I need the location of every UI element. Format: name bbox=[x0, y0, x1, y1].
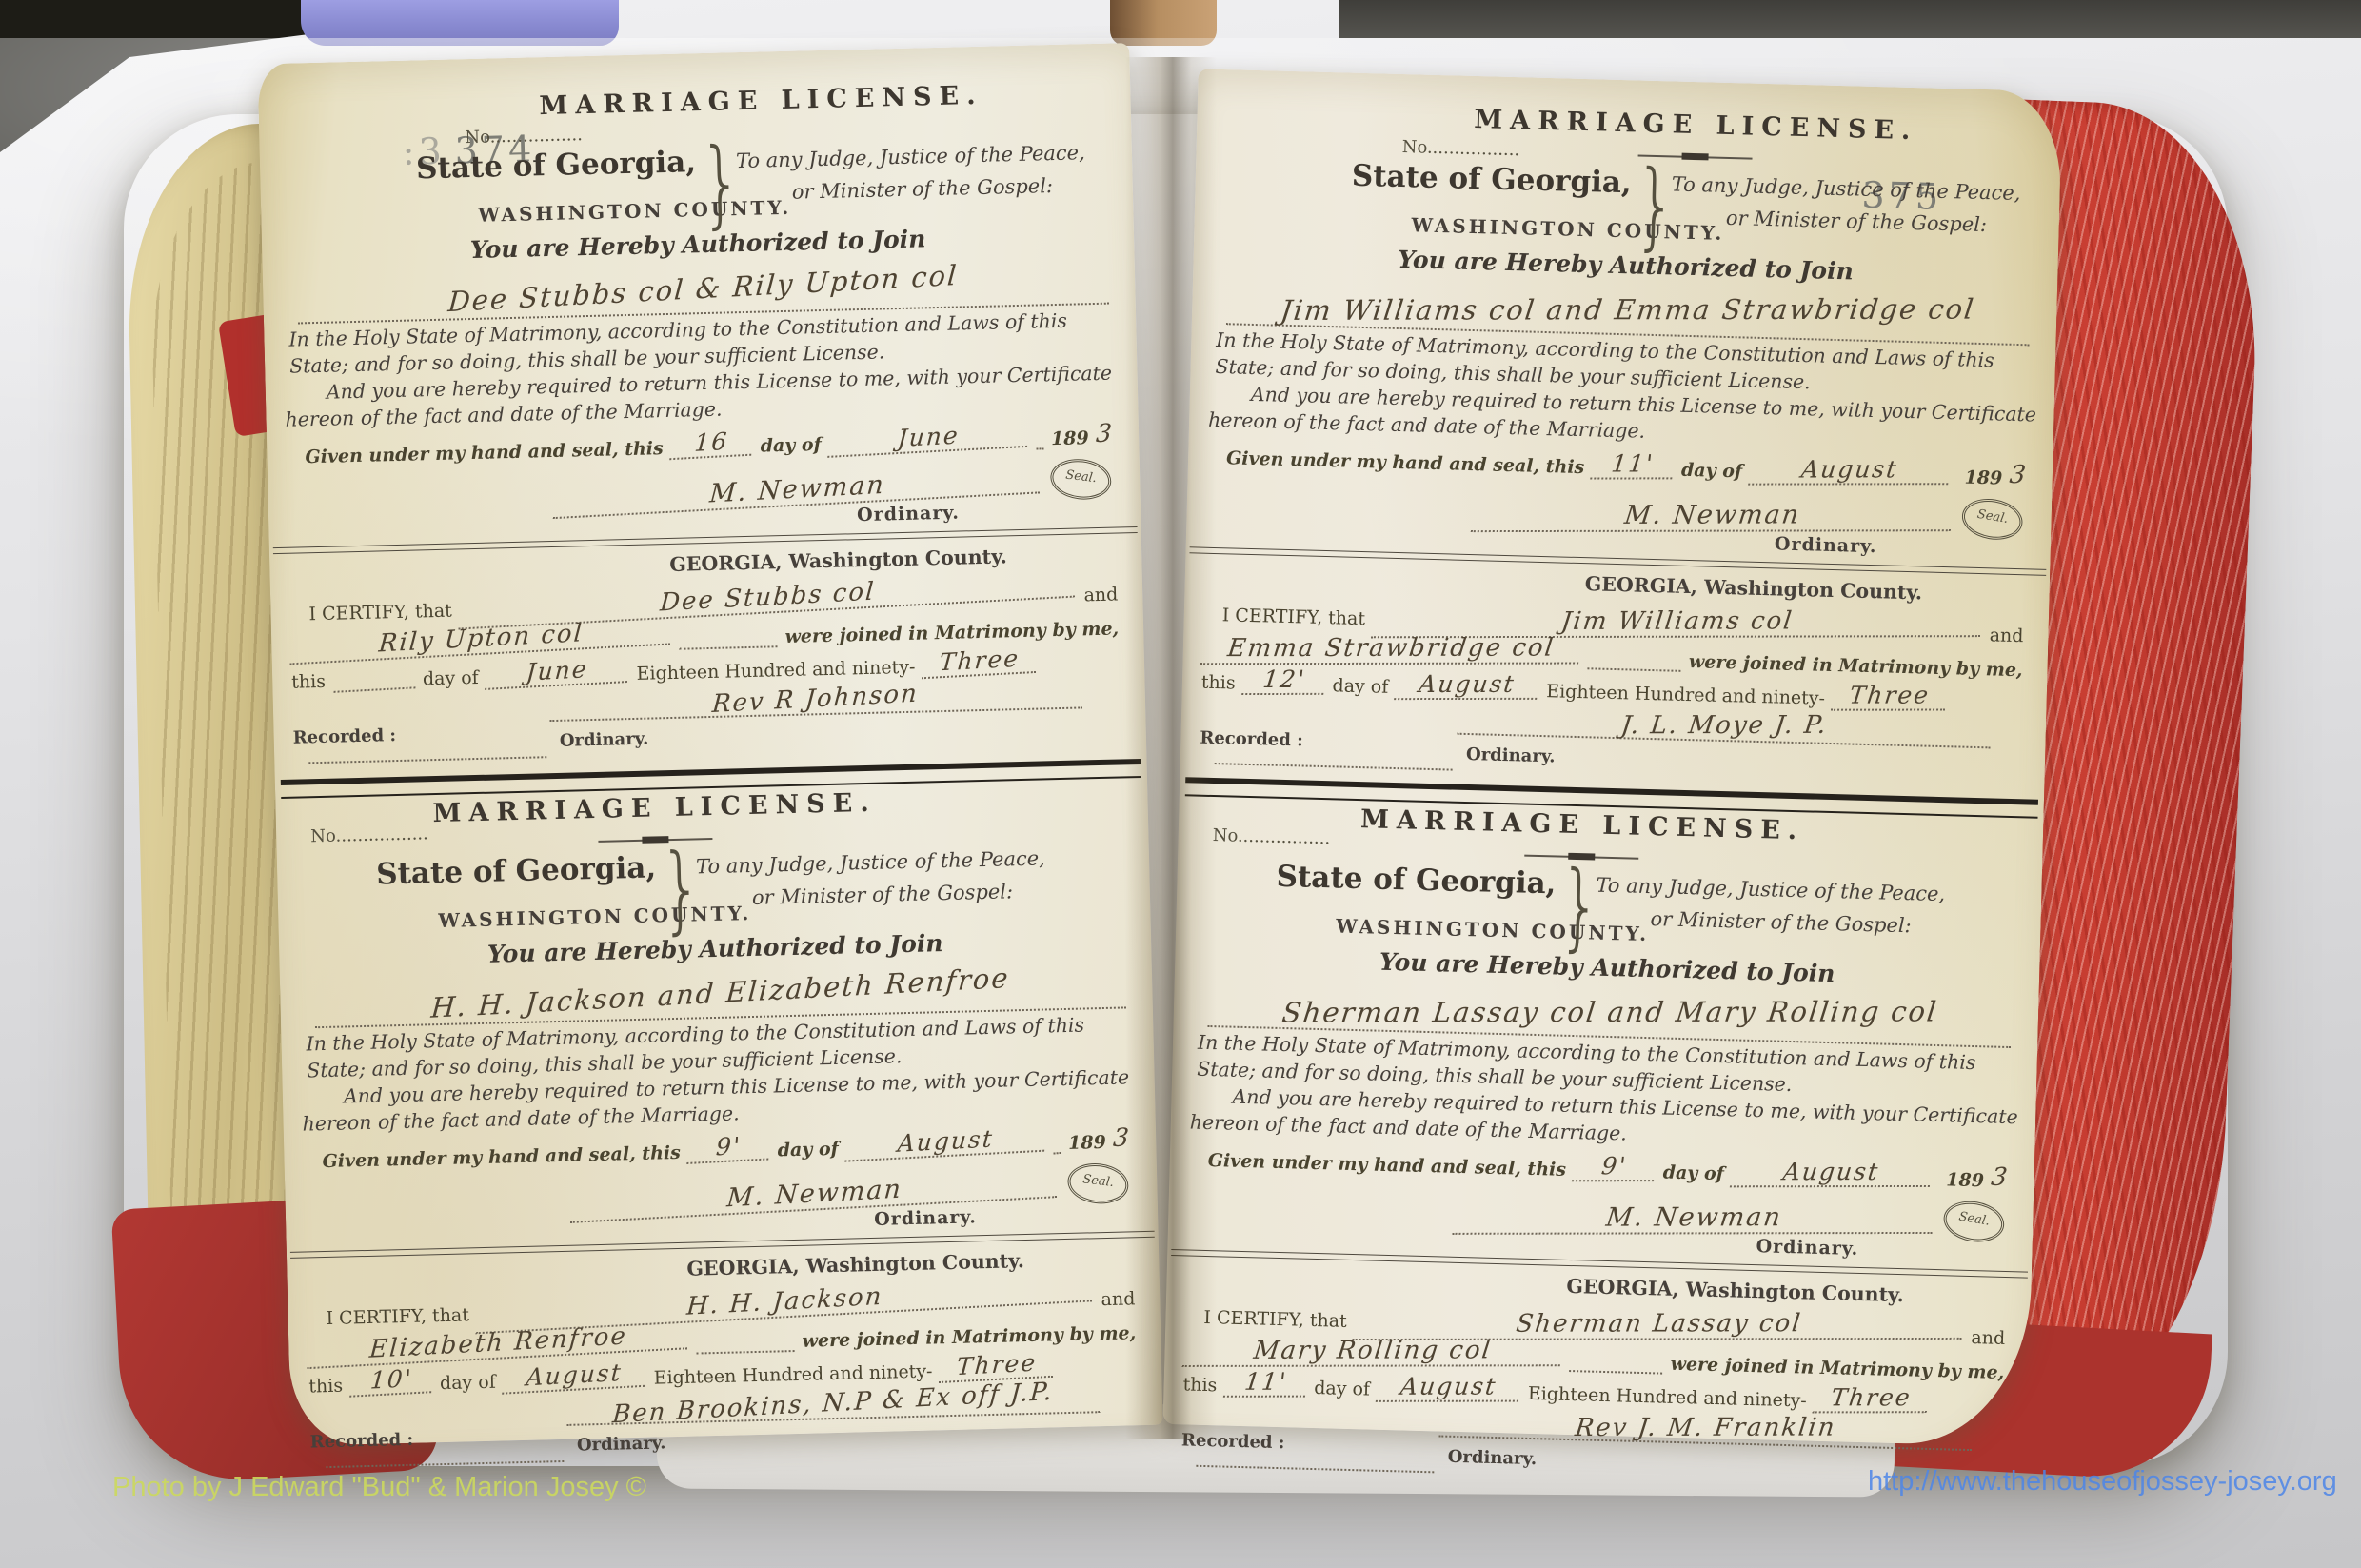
year-printed: 189 bbox=[1068, 1132, 1106, 1154]
cert-year-word-handwritten: Three bbox=[1831, 681, 1949, 710]
marriage-license-form: No................. MARRIAGE LICENSE. St… bbox=[1161, 800, 2043, 1495]
cert-month-handwritten: June bbox=[486, 653, 630, 690]
addressee-line1: To any Judge, Justice of the Peace, bbox=[1671, 172, 2020, 205]
given-line: Given under my hand and seal, this 11' d… bbox=[1226, 439, 2029, 489]
ordinary-signature-row: M. Newman Seal. bbox=[553, 459, 1112, 512]
issue-day-handwritten: 9' bbox=[1572, 1152, 1657, 1181]
given-line: Given under my hand and seal, this 9' da… bbox=[1207, 1141, 2010, 1192]
ordinary-label: Ordinary. bbox=[857, 503, 960, 526]
cert-name2-handwritten: Mary Rolling col bbox=[1182, 1336, 1563, 1367]
seal-stamp: Seal. bbox=[1065, 1161, 1130, 1207]
photo-scene: :3374 MARRIAGE LICENSE. No..............… bbox=[0, 0, 2361, 1568]
georgia-county-heading: GEORGIA, Washington County. bbox=[1584, 572, 1922, 604]
day-of-label: day of bbox=[760, 434, 822, 457]
brace-glyph: } bbox=[659, 832, 704, 944]
year-digit-handwritten: 3 bbox=[1990, 1163, 2011, 1192]
day-of-label: day of bbox=[1662, 1162, 1724, 1185]
marriage-license-form: MARRIAGE LICENSE. No................. St… bbox=[258, 77, 1146, 770]
dotted-leader bbox=[1037, 447, 1043, 449]
seal-stamp: Seal. bbox=[1048, 456, 1113, 503]
eighteen-hundred-label: Eighteen Hundred and ninety- bbox=[1546, 681, 1825, 709]
eighteen-hundred-label: Eighteen Hundred and ninety- bbox=[636, 657, 915, 685]
brace-glyph: } bbox=[1557, 850, 1603, 963]
year-printed: 189 bbox=[1964, 467, 2002, 489]
dotted-leader bbox=[1569, 1370, 1663, 1375]
georgia-county-heading: GEORGIA, Washington County. bbox=[686, 1249, 1024, 1280]
ordinary-signature: M. Newman bbox=[1452, 1202, 1935, 1235]
and-label: and bbox=[1989, 625, 2023, 646]
issue-month-handwritten: August bbox=[845, 1121, 1047, 1161]
ordinary-signature-row: M. Newman Seal. bbox=[1454, 1188, 2005, 1242]
ordinary-label: Ordinary. bbox=[1775, 533, 1877, 557]
certify-label: I CERTIFY, that bbox=[308, 601, 452, 625]
and-label: and bbox=[1971, 1327, 2005, 1349]
georgia-county-heading: GEORGIA, Washington County. bbox=[669, 545, 1007, 576]
year-digit-handwritten: 3 bbox=[2009, 461, 2030, 489]
ordinary-label: Ordinary. bbox=[1447, 1447, 1537, 1469]
recorded-label: Recorded : bbox=[292, 725, 396, 748]
given-label: Given under my hand and seal, this bbox=[1226, 447, 1585, 478]
cert-year-word-handwritten: Three bbox=[922, 644, 1038, 679]
recorded-dotted-line bbox=[1215, 759, 1453, 771]
recorded-dotted-line bbox=[308, 752, 546, 764]
this-label: this bbox=[291, 671, 326, 693]
day-of-label: day of bbox=[1332, 675, 1388, 698]
ordinary-label: Ordinary. bbox=[1756, 1236, 1858, 1260]
section-rule bbox=[1189, 546, 2046, 576]
day-of-label: day of bbox=[440, 1372, 496, 1394]
authorize-line: You are Hereby Authorized to Join bbox=[1175, 943, 2039, 993]
authorize-line: You are Hereby Authorized to Join bbox=[1193, 240, 2057, 290]
addressee-line1: To any Judge, Justice of the Peace, bbox=[696, 846, 1045, 878]
no-label: No................. bbox=[465, 125, 583, 148]
cert-day-handwritten bbox=[333, 686, 415, 693]
day-of-label: day of bbox=[1681, 460, 1743, 483]
certify-label: I CERTIFY, that bbox=[1203, 1307, 1347, 1332]
form-title: MARRIAGE LICENSE. bbox=[325, 75, 1197, 126]
issue-day-handwritten: 16 bbox=[670, 427, 754, 461]
ordinary-signature: M. Newman bbox=[553, 462, 1042, 519]
recorded-dotted-line bbox=[326, 1457, 564, 1468]
issue-month-handwritten: June bbox=[828, 418, 1030, 458]
cert-day-handwritten: 11' bbox=[1223, 1368, 1309, 1398]
recorded-label: Recorded : bbox=[310, 1430, 414, 1453]
ordinary-signature: M. Newman bbox=[570, 1166, 1060, 1223]
day-of-label: day of bbox=[423, 667, 479, 689]
ordinary-signature: M. Newman bbox=[1471, 500, 1954, 532]
issue-month-handwritten: August bbox=[1730, 1158, 1933, 1187]
and-label: and bbox=[1083, 584, 1118, 605]
cert-name2-handwritten: Emma Strawbridge col bbox=[1200, 634, 1581, 665]
watermark-photo-credit: Photo by J Edward "Bud" & Marion Josey © bbox=[112, 1472, 646, 1503]
year-printed: 189 bbox=[1946, 1169, 1984, 1191]
addressee-line2: or Minister of the Gospel: bbox=[1726, 207, 1988, 236]
joined-label: were joined in Matrimony by me, bbox=[784, 618, 1119, 647]
brace-glyph: } bbox=[699, 127, 744, 239]
eighteen-hundred-label: Eighteen Hundred and ninety- bbox=[1528, 1383, 1807, 1412]
certify-label: I CERTIFY, that bbox=[1221, 605, 1365, 629]
ordinary-label: Ordinary. bbox=[577, 1433, 666, 1455]
county-label: WASHINGTON COUNTY. bbox=[438, 902, 751, 932]
cert-day-handwritten: 12' bbox=[1241, 665, 1327, 695]
county-label: WASHINGTON COUNTY. bbox=[478, 196, 791, 227]
ordinary-label: Ordinary. bbox=[560, 729, 649, 751]
background-object-gray-strip bbox=[1339, 0, 2361, 38]
georgia-county-heading: GEORGIA, Washington County. bbox=[1566, 1275, 1904, 1306]
given-label: Given under my hand and seal, this bbox=[1207, 1150, 1566, 1181]
cert-month-handwritten: August bbox=[1376, 1373, 1522, 1402]
given-label: Given under my hand and seal, this bbox=[322, 1142, 681, 1172]
seal-stamp: Seal. bbox=[1959, 494, 2026, 544]
year-digit-handwritten: 3 bbox=[1096, 419, 1116, 448]
section-rule bbox=[273, 526, 1138, 554]
ordinary-signature-row: M. Newman Seal. bbox=[570, 1162, 1129, 1216]
left-page: :3374 MARRIAGE LICENSE. No..............… bbox=[257, 43, 1162, 1446]
cert-month-handwritten: August bbox=[503, 1358, 647, 1395]
dotted-leader bbox=[680, 645, 778, 650]
book-gutter-shadow bbox=[1125, 57, 1217, 1439]
county-label: WASHINGTON COUNTY. bbox=[1336, 914, 1649, 945]
year-printed: 189 bbox=[1051, 427, 1089, 449]
authorize-line: You are Hereby Authorized to Join bbox=[262, 220, 1134, 268]
cert-year-word-handwritten: Three bbox=[1813, 1383, 1931, 1413]
state-label: State of Georgia, bbox=[416, 145, 697, 186]
dotted-leader bbox=[697, 1350, 795, 1355]
certify-label: I CERTIFY, that bbox=[326, 1304, 469, 1329]
issue-day-handwritten: 11' bbox=[1591, 449, 1677, 479]
dotted-leader bbox=[1054, 1152, 1061, 1154]
marriage-license-form: No................. MARRIAGE LICENSE. St… bbox=[275, 782, 1163, 1475]
officiant-signature: Rev R Johnson bbox=[549, 678, 1083, 722]
right-page: 375 No................. MARRIAGE LICENSE… bbox=[1163, 69, 2063, 1446]
brace-glyph: } bbox=[1633, 149, 1678, 261]
this-label: this bbox=[308, 1376, 343, 1398]
state-label: State of Georgia, bbox=[1276, 860, 1557, 902]
marriage-license-form: No................. MARRIAGE LICENSE. St… bbox=[1180, 97, 2062, 792]
state-label: State of Georgia, bbox=[1351, 159, 1632, 201]
addressee-line1: To any Judge, Justice of the Peace, bbox=[1596, 874, 1945, 906]
seal-stamp: Seal. bbox=[1940, 1197, 2007, 1246]
watermark-url: http://www.thehouseofjossey-josey.org bbox=[1868, 1466, 2337, 1498]
state-label: State of Georgia, bbox=[376, 850, 657, 891]
dotted-leader bbox=[1587, 667, 1681, 672]
cert-day-handwritten: 10' bbox=[349, 1363, 433, 1398]
officiant-signature: Ben Brookins, N.P & Ex off J.P. bbox=[566, 1382, 1101, 1426]
day-of-label: day of bbox=[777, 1139, 839, 1161]
cert-month-handwritten: August bbox=[1395, 670, 1541, 700]
issue-day-handwritten: 9' bbox=[687, 1130, 771, 1164]
joined-label: were joined in Matrimony by me, bbox=[802, 1322, 1136, 1352]
addressee-line1: To any Judge, Justice of the Peace, bbox=[736, 141, 1085, 172]
addressee-line2: or Minister of the Gospel: bbox=[752, 880, 1014, 909]
county-label: WASHINGTON COUNTY. bbox=[1411, 213, 1724, 245]
ordinary-label: Ordinary. bbox=[874, 1206, 977, 1230]
ordinary-label: Ordinary. bbox=[1466, 744, 1556, 766]
authorize-line: You are Hereby Authorized to Join bbox=[279, 924, 1151, 973]
issue-month-handwritten: August bbox=[1748, 455, 1951, 485]
eighteen-hundred-label: Eighteen Hundred and ninety- bbox=[653, 1360, 932, 1388]
addressee-line2: or Minister of the Gospel: bbox=[1650, 907, 1912, 937]
ordinary-signature-row: M. Newman Seal. bbox=[1472, 486, 2023, 540]
day-of-label: day of bbox=[1314, 1378, 1370, 1400]
recorded-dotted-line bbox=[1196, 1461, 1434, 1474]
section-rule bbox=[1171, 1249, 2028, 1279]
section-rule bbox=[290, 1231, 1155, 1259]
addressee-line2: or Minister of the Gospel: bbox=[792, 174, 1054, 204]
given-label: Given under my hand and seal, this bbox=[305, 438, 664, 467]
